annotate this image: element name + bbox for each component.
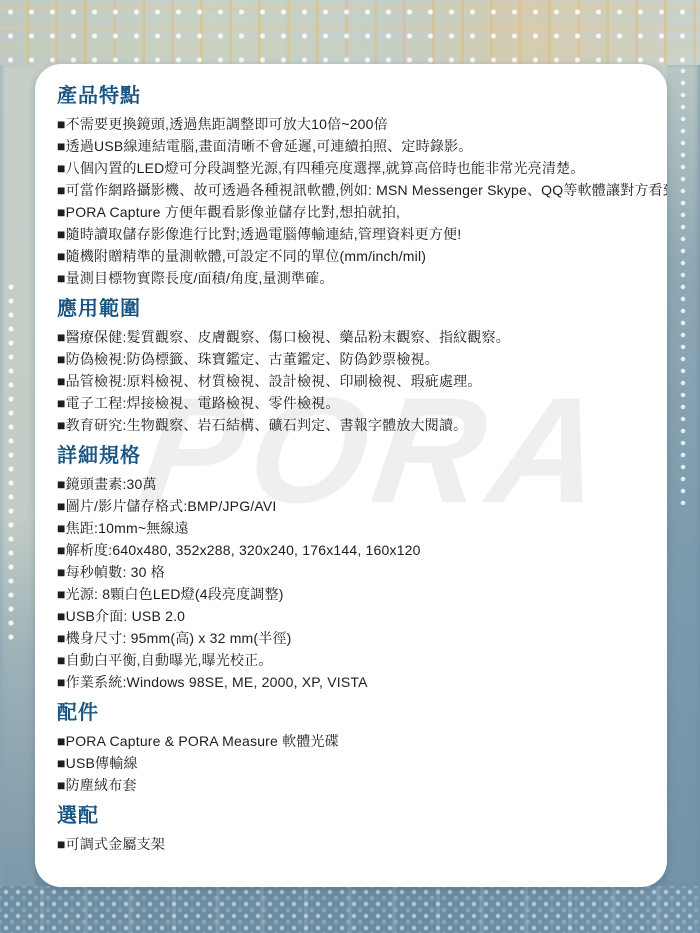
content-panel: PORA 產品特點 ■不需要更換鏡頭,透過焦距調整即可放大10倍~200倍 ■透… <box>35 64 667 887</box>
spec-item: ■圖片/影片儲存格式:BMP/JPG/AVI <box>57 495 663 517</box>
application-list: ■醫療保健:髮質觀察、皮膚觀察、傷口檢視、藥品粉末觀察、指紋觀察。 ■防偽檢視:… <box>57 326 663 436</box>
accessory-item: ■PORA Capture & PORA Measure 軟體光碟 <box>57 730 663 752</box>
spec-item: ■機身尺寸: 95mm(高) x 32 mm(半徑) <box>57 627 663 649</box>
feature-item: ■隨機附贈精準的量測軟體,可設定不同的單位(mm/inch/mil) <box>57 245 663 267</box>
circuit-board-right <box>667 65 700 886</box>
application-item: ■防偽檢視:防偽標籤、珠寶鑑定、古董鑑定、防偽鈔票檢視。 <box>57 348 663 370</box>
application-item: ■醫療保健:髮質觀察、皮膚觀察、傷口檢視、藥品粉末觀察、指紋觀察。 <box>57 326 663 348</box>
section-heading-features: 產品特點 <box>57 84 663 108</box>
section-heading-optional: 選配 <box>57 804 663 828</box>
feature-item: ■量測目標物實際長度/面積/角度,量測準確。 <box>57 267 663 289</box>
spec-item: ■USB介面: USB 2.0 <box>57 605 663 627</box>
circuit-board-left <box>0 65 35 886</box>
spec-item: ■光源: 8顆白色LED燈(4段亮度調整) <box>57 583 663 605</box>
section-heading-applications: 應用範圍 <box>57 297 663 321</box>
accessory-item: ■USB傳輸線 <box>57 752 663 774</box>
accessory-list: ■PORA Capture & PORA Measure 軟體光碟 ■USB傳輸… <box>57 730 663 796</box>
optional-list: ■可調式金屬支架 <box>57 833 663 855</box>
spec-list: ■鏡頭畫素:30萬 ■圖片/影片儲存格式:BMP/JPG/AVI ■焦距:10m… <box>57 473 663 693</box>
application-item: ■教育研究:生物觀察、岩石結構、礦石判定、書報字體放大閱讀。 <box>57 414 663 436</box>
circuit-board-bottom <box>0 886 700 933</box>
spec-item: ■作業系統:Windows 98SE, ME, 2000, XP, VISTA <box>57 671 663 693</box>
feature-item: ■隨時讀取儲存影像進行比對;透過電腦傳輸連結,管理資料更方便! <box>57 223 663 245</box>
solder-dots-right <box>677 65 689 505</box>
spec-item: ■每秒幀數: 30 格 <box>57 561 663 583</box>
solder-dots-left <box>5 280 17 640</box>
feature-item: ■不需要更換鏡頭,透過焦距調整即可放大10倍~200倍 <box>57 113 663 135</box>
application-item: ■電子工程:焊接檢視、電路檢視、零件檢視。 <box>57 392 663 414</box>
section-features: 產品特點 ■不需要更換鏡頭,透過焦距調整即可放大10倍~200倍 ■透過USB線… <box>57 84 663 289</box>
optional-item: ■可調式金屬支架 <box>57 833 663 855</box>
feature-item: ■PORA Capture 方便年觀看影像並儲存比對,想拍就拍, <box>57 201 663 223</box>
product-info: 產品特點 ■不需要更換鏡頭,透過焦距調整即可放大10倍~200倍 ■透過USB線… <box>35 64 667 887</box>
section-accessories: 配件 ■PORA Capture & PORA Measure 軟體光碟 ■US… <box>57 701 663 796</box>
circuit-board-top <box>0 0 700 65</box>
feature-list: ■不需要更換鏡頭,透過焦距調整即可放大10倍~200倍 ■透過USB線連結電腦,… <box>57 113 663 289</box>
spec-item: ■焦距:10mm~無線遠 <box>57 517 663 539</box>
spec-item: ■鏡頭畫素:30萬 <box>57 473 663 495</box>
section-heading-specs: 詳細規格 <box>57 444 663 468</box>
section-applications: 應用範圍 ■醫療保健:髮質觀察、皮膚觀察、傷口檢視、藥品粉末觀察、指紋觀察。 ■… <box>57 297 663 436</box>
feature-item: ■可當作網路攝影機、故可透過各種視訊軟體,例如: MSN Messenger S… <box>57 179 663 201</box>
section-optional: 選配 ■可調式金屬支架 <box>57 804 663 855</box>
application-item: ■品管檢視:原料檢視、材質檢視、設計檢視、印刷檢視、瑕疵處理。 <box>57 370 663 392</box>
section-specs: 詳細規格 ■鏡頭畫素:30萬 ■圖片/影片儲存格式:BMP/JPG/AVI ■焦… <box>57 444 663 693</box>
section-heading-accessories: 配件 <box>57 701 663 725</box>
feature-item: ■透過USB線連結電腦,畫面清晰不會延遲,可連續拍照、定時錄影。 <box>57 135 663 157</box>
spec-item: ■解析度:640x480, 352x288, 320x240, 176x144,… <box>57 539 663 561</box>
accessory-item: ■防塵絨布套 <box>57 774 663 796</box>
spec-item: ■自動白平衡,自動曝光,曝光校正。 <box>57 649 663 671</box>
feature-item: ■八個內置的LED燈可分段調整光源,有四種亮度選擇,就算高倍時也能非常光亮清楚。 <box>57 157 663 179</box>
